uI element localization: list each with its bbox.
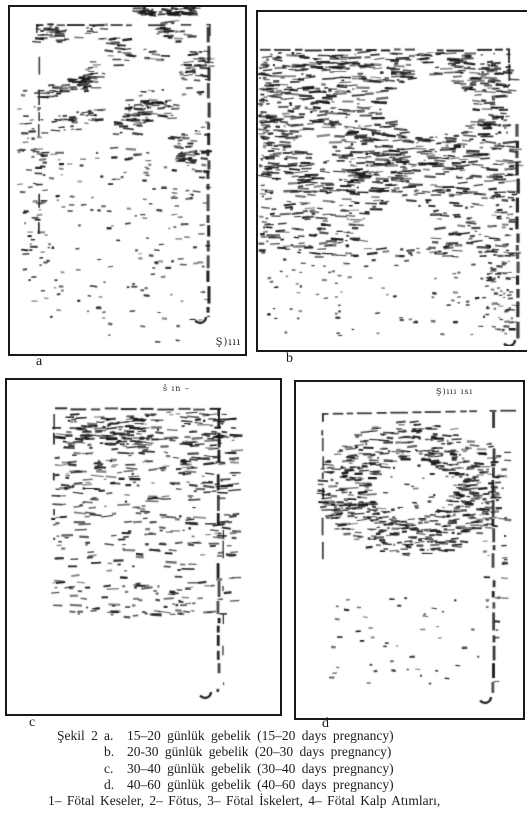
caption-text-d: 40–60 günlük gebelik (40–60 days pregnan…	[127, 777, 507, 793]
figure-legend: 1– Fötal Keseler, 2– Fötus, 3– Fötal İsk…	[48, 793, 518, 809]
panel-label-c: c	[29, 715, 35, 731]
figure-number: Şekil 2	[57, 728, 104, 744]
caption-text-c: 30–40 günlük gebelik (30–40 days pregnan…	[127, 761, 507, 777]
scanner-watermark-d: Ş)ııı ısı	[436, 387, 473, 396]
ultrasound-panel-c: ŝ ın –	[5, 378, 282, 716]
caption-line-a: Şekil 2 a. 15–20 günlük gebelik (15–20 d…	[57, 728, 507, 744]
panel-c-scan-texture	[7, 380, 276, 710]
panel-label-a: a	[36, 354, 42, 370]
ultrasound-panel-b	[256, 10, 527, 352]
panel-label-b: b	[286, 351, 293, 367]
caption-line-b: b. 20-30 günlük gebelik (20–30 days preg…	[57, 744, 507, 760]
scanner-watermark-c: ŝ ın –	[163, 384, 190, 393]
ultrasound-panel-d: Ş)ııı ısı	[294, 380, 525, 720]
panel-a-scan-texture	[10, 7, 241, 350]
caption-key-d: d.	[104, 777, 127, 793]
caption-key-a: a.	[104, 728, 127, 744]
caption-line-d: d. 40–60 günlük gebelik (40–60 days preg…	[57, 777, 507, 793]
caption-line-c: c. 30–40 günlük gebelik (30–40 days preg…	[57, 761, 507, 777]
ultrasound-panel-a: Ş)ııı	[8, 5, 247, 356]
scanner-watermark-a: Ş)ııı	[216, 337, 241, 348]
panel-b-scan-texture	[258, 12, 525, 346]
figure-caption: Şekil 2 a. 15–20 günlük gebelik (15–20 d…	[57, 728, 507, 794]
caption-key-b: b.	[104, 744, 127, 760]
scanned-figure-page: { "colors": { "paper": "#ffffff", "ink":…	[0, 0, 527, 825]
caption-key-c: c.	[104, 761, 127, 777]
panel-d-scan-texture	[296, 382, 519, 714]
caption-text-b: 20-30 günlük gebelik (20–30 days pregnan…	[127, 744, 507, 760]
caption-text-a: 15–20 günlük gebelik (15–20 days pregnan…	[127, 728, 507, 744]
